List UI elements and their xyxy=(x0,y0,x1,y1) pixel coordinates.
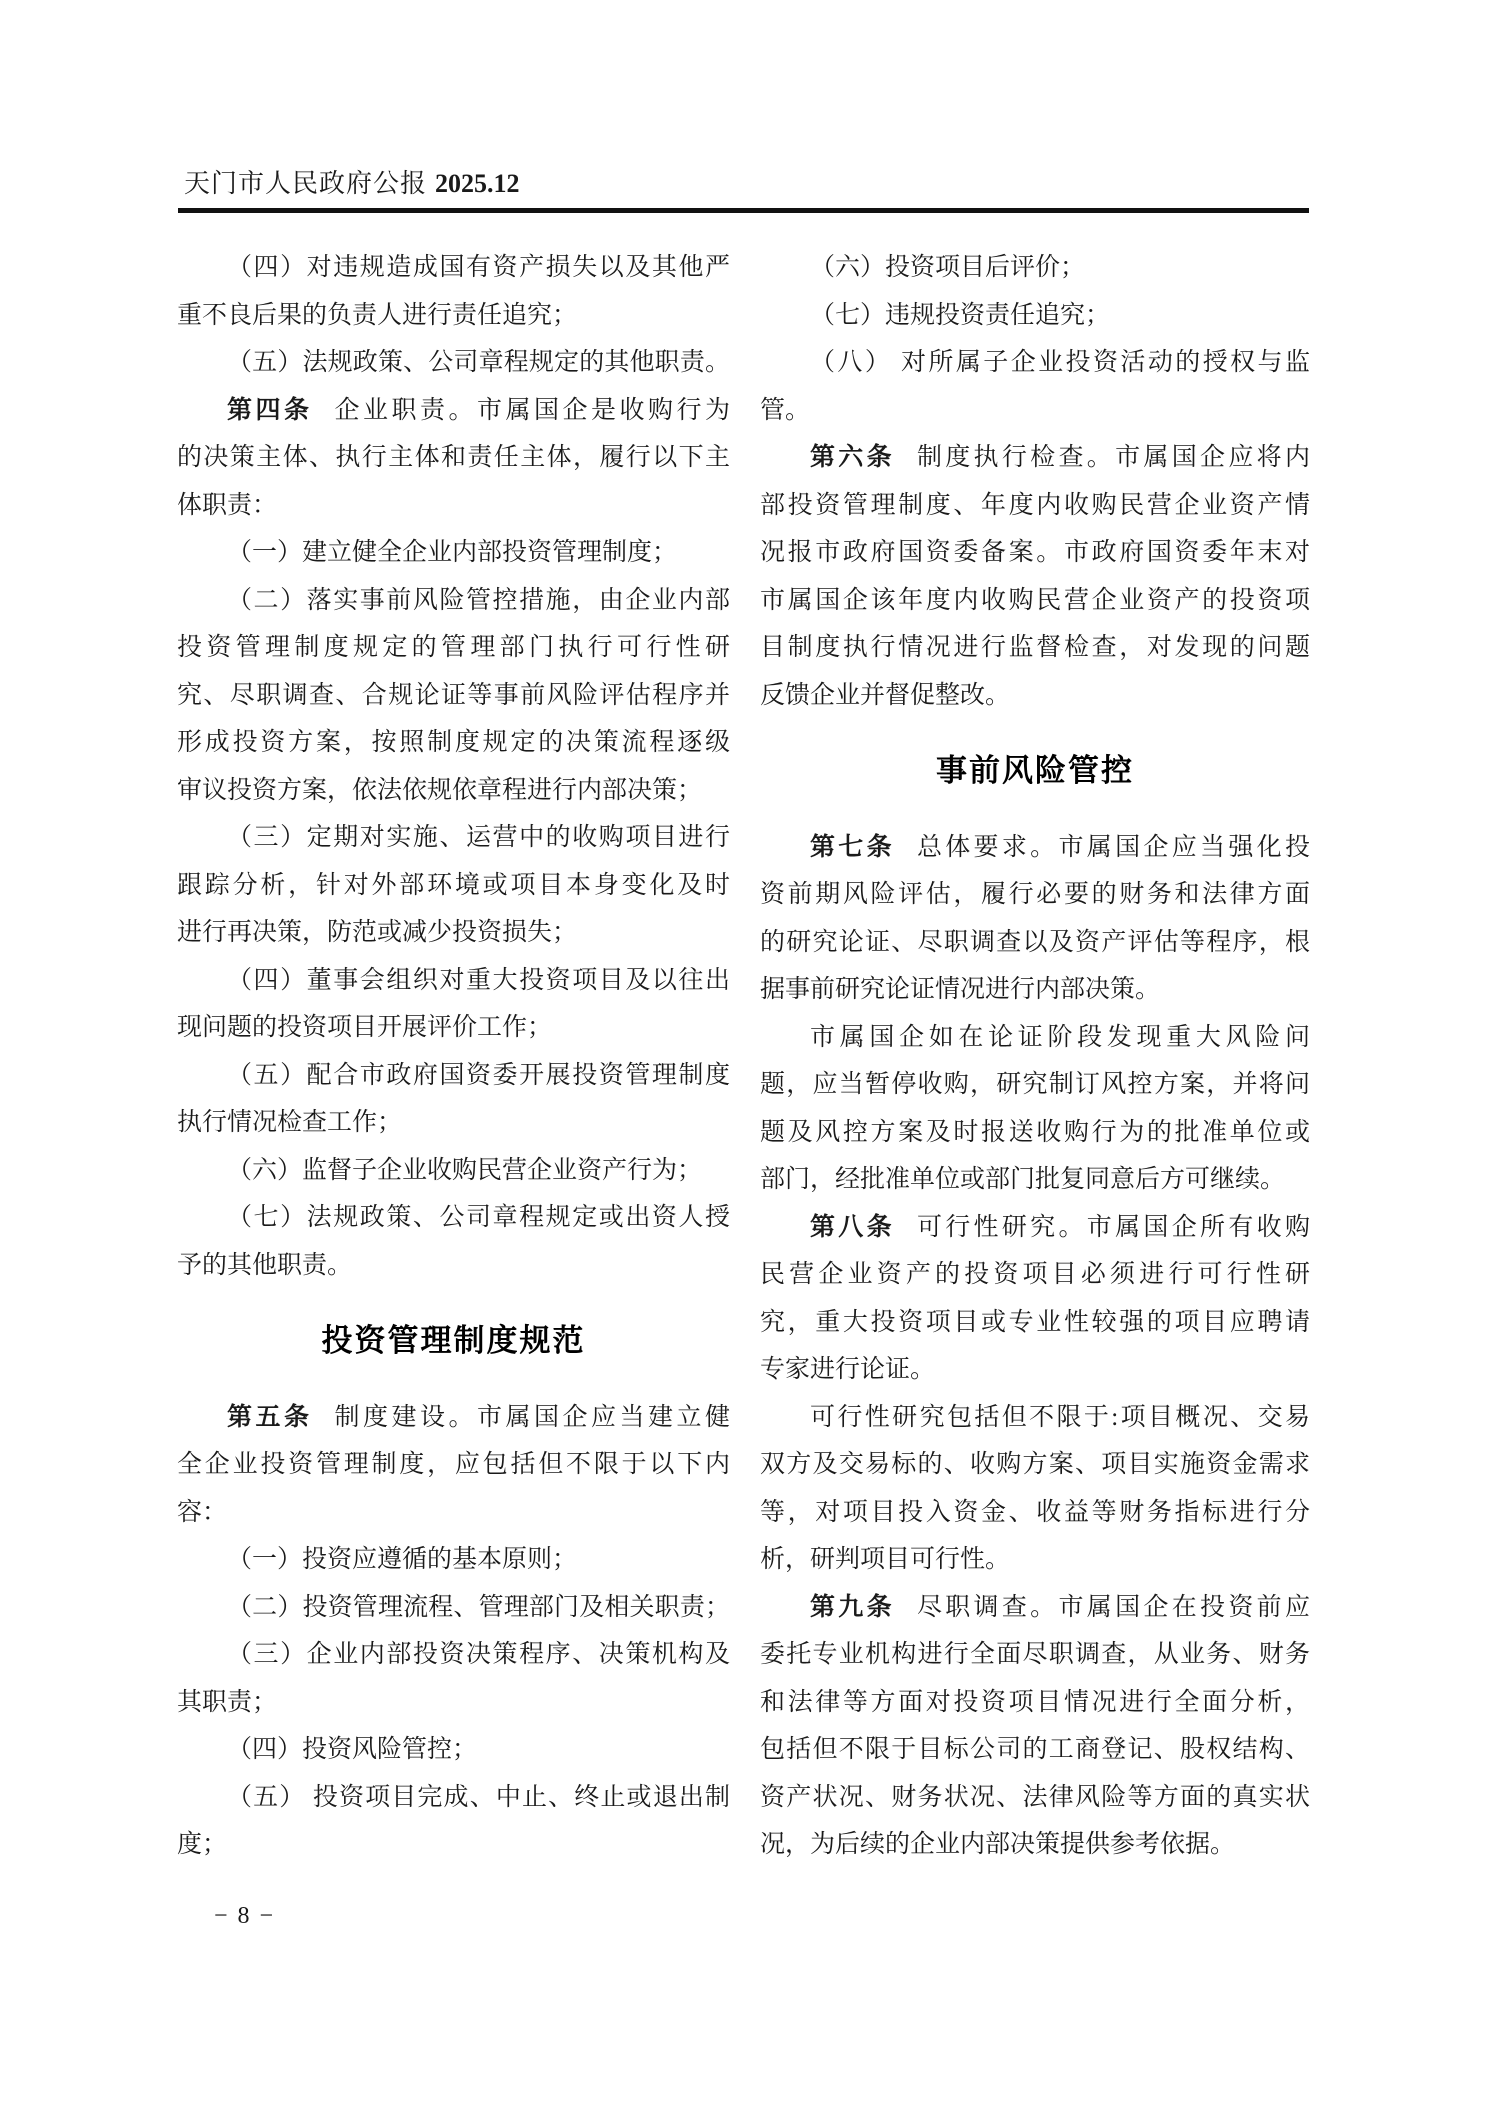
gazette-page: 天门市人民政府公报2025.12 （四）对违规造成国有资产损失以及其他严重不良后… xyxy=(0,0,1487,2102)
text-line: （七）违规投资责任追究； xyxy=(760,292,1310,340)
header-rule xyxy=(178,208,1309,213)
article-number: 第九条 xyxy=(810,1593,895,1621)
text-line: （三）定期对实施、运营中的收购项目进行 xyxy=(177,814,730,862)
text-line: 第九条尽职调查。市属国企在投资前应 xyxy=(760,1584,1310,1632)
text-line: 部投资管理制度、年度内收购民营企业资产情 xyxy=(760,482,1310,530)
text-line: （四）对违规造成国有资产损失以及其他严 xyxy=(177,244,730,292)
text-line: （五）配合市政府国资委开展投资管理制度 xyxy=(177,1052,730,1100)
text-line: 析，研判项目可行性。 xyxy=(760,1536,1310,1584)
article-number: 第四条 xyxy=(227,396,313,424)
text-line: 容： xyxy=(177,1489,730,1537)
article-number: 第六条 xyxy=(810,443,895,471)
text-line: 题及风控方案及时报送收购行为的批准单位或 xyxy=(760,1109,1310,1157)
text-line: 管。 xyxy=(760,387,1310,435)
text-line: 的决策主体、执行主体和责任主体，履行以下主 xyxy=(177,434,730,482)
text-line: 重不良后果的负责人进行责任追究； xyxy=(177,292,730,340)
text-line: 题，应当暂停收购，研究制订风控方案，并将问 xyxy=(760,1061,1310,1109)
text-line: 专家进行论证。 xyxy=(760,1346,1310,1394)
article-number: 第七条 xyxy=(810,833,895,861)
text-line: （二）落实事前风险管控措施，由企业内部 xyxy=(177,577,730,625)
text-line: 目制度执行情况进行监督检查，对发现的问题 xyxy=(760,624,1310,672)
text-line: 部门，经批准单位或部门批复同意后方可继续。 xyxy=(760,1156,1310,1204)
left-column: （四）对违规造成国有资产损失以及其他严重不良后果的负责人进行责任追究；（五）法规… xyxy=(177,244,730,1869)
text-line: （一）建立健全企业内部投资管理制度； xyxy=(177,529,730,577)
text-line: （八） 对所属子企业投资活动的授权与监 xyxy=(760,339,1310,387)
text-line: 第四条企业职责。市属国企是收购行为 xyxy=(177,387,730,435)
text-line: （七）法规政策、公司章程规定或出资人授 xyxy=(177,1194,730,1242)
right-column: （六）投资项目后评价；（七）违规投资责任追究；（八） 对所属子企业投资活动的授权… xyxy=(760,244,1310,1869)
text-line: 等，对项目投入资金、收益等财务指标进行分 xyxy=(760,1489,1310,1537)
text-line: （二）投资管理流程、管理部门及相关职责； xyxy=(177,1584,730,1632)
text-line: （五）法规政策、公司章程规定的其他职责。 xyxy=(177,339,730,387)
text-line: 予的其他职责。 xyxy=(177,1242,730,1290)
text-line: 度； xyxy=(177,1821,730,1869)
text-line: 第七条总体要求。市属国企应当强化投 xyxy=(760,824,1310,872)
text-line: 第八条可行性研究。市属国企所有收购 xyxy=(760,1204,1310,1252)
text-line: 资产状况、财务状况、法律风险等方面的真实状 xyxy=(760,1774,1310,1822)
text-line: （一）投资应遵循的基本原则； xyxy=(177,1536,730,1584)
text-line: 现问题的投资项目开展评价工作； xyxy=(177,1004,730,1052)
gazette-title: 天门市人民政府公报 xyxy=(184,169,427,198)
page-number: − 8 − xyxy=(214,1901,275,1931)
text-line: （六）监督子企业收购民营企业资产行为； xyxy=(177,1147,730,1195)
text-line: 包括但不限于目标公司的工商登记、股权结构、 xyxy=(760,1726,1310,1774)
text-line: 审议投资方案，依法依规依章程进行内部决策； xyxy=(177,767,730,815)
text-line: 资前期风险评估，履行必要的财务和法律方面 xyxy=(760,871,1310,919)
text-line: 全企业投资管理制度，应包括但不限于以下内 xyxy=(177,1441,730,1489)
text-line: 的研究论证、尽职调查以及资产评估等程序，根 xyxy=(760,919,1310,967)
text-line: （六）投资项目后评价； xyxy=(760,244,1310,292)
text-line: 反馈企业并督促整改。 xyxy=(760,672,1310,720)
text-line: 市属国企如在论证阶段发现重大风险问 xyxy=(760,1014,1310,1062)
page-header: 天门市人民政府公报2025.12 xyxy=(184,168,520,200)
text-line: 双方及交易标的、收购方案、项目实施资金需求 xyxy=(760,1441,1310,1489)
text-line: 市属国企该年度内收购民营企业资产的投资项 xyxy=(760,577,1310,625)
text-line: 体职责： xyxy=(177,482,730,530)
text-line: 究，重大投资项目或专业性较强的项目应聘请 xyxy=(760,1299,1310,1347)
text-line: 进行再决策，防范或减少投资损失； xyxy=(177,909,730,957)
section-heading: 投资管理制度规范 xyxy=(177,1289,730,1394)
section-heading: 事前风险管控 xyxy=(760,719,1310,824)
text-line: 究、尽职调查、合规论证等事前风险评估程序并 xyxy=(177,672,730,720)
gazette-issue: 2025.12 xyxy=(435,169,520,198)
text-line: 执行情况检查工作； xyxy=(177,1099,730,1147)
text-line: 第六条制度执行检查。市属国企应将内 xyxy=(760,434,1310,482)
text-line: （五） 投资项目完成、中止、终止或退出制 xyxy=(177,1774,730,1822)
text-line: 其职责； xyxy=(177,1679,730,1727)
article-number: 第八条 xyxy=(810,1213,895,1241)
text-line: 据事前研究论证情况进行内部决策。 xyxy=(760,966,1310,1014)
text-line: （三）企业内部投资决策程序、决策机构及 xyxy=(177,1631,730,1679)
text-line: 第五条制度建设。市属国企应当建立健 xyxy=(177,1394,730,1442)
text-line: 委托专业机构进行全面尽职调查，从业务、财务 xyxy=(760,1631,1310,1679)
text-line: 况报市政府国资委备案。市政府国资委年末对 xyxy=(760,529,1310,577)
text-line: 形成投资方案，按照制度规定的决策流程逐级 xyxy=(177,719,730,767)
text-line: 况，为后续的企业内部决策提供参考依据。 xyxy=(760,1821,1310,1869)
text-line: （四）董事会组织对重大投资项目及以往出 xyxy=(177,957,730,1005)
text-line: 可行性研究包括但不限于:项目概况、交易 xyxy=(760,1394,1310,1442)
text-line: 和法律等方面对投资项目情况进行全面分析， xyxy=(760,1679,1310,1727)
text-line: 跟踪分析，针对外部环境或项目本身变化及时 xyxy=(177,862,730,910)
text-line: 民营企业资产的投资项目必须进行可行性研 xyxy=(760,1251,1310,1299)
text-line: 投资管理制度规定的管理部门执行可行性研 xyxy=(177,624,730,672)
text-line: （四）投资风险管控； xyxy=(177,1726,730,1774)
article-number: 第五条 xyxy=(227,1403,313,1431)
